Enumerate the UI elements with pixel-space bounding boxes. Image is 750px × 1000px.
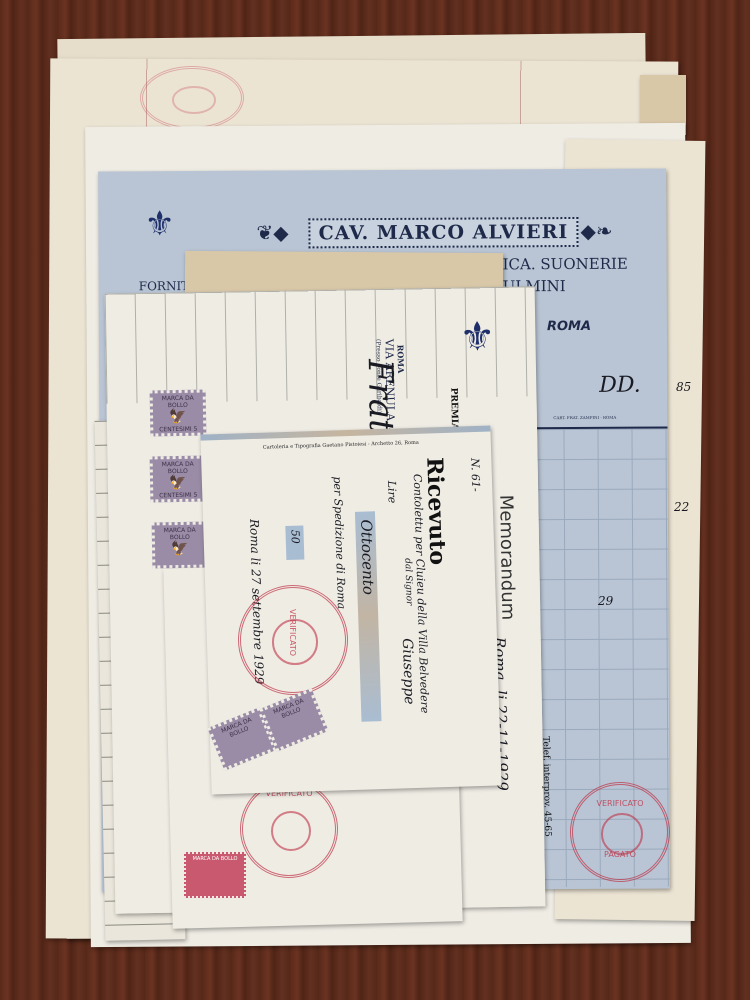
- letterhead-name-banner: CAV. MARCO ALVIERI: [308, 217, 578, 248]
- verificato-seal-right: VERIFICATO PAGATO: [570, 782, 670, 882]
- revenue-stamp-2: MARCA DA BOLLO 🦅 CENTESIMI 5: [150, 456, 207, 503]
- seal-text: VERIFICATO: [289, 609, 298, 656]
- double-crest-icon: ⚜: [459, 317, 496, 358]
- receipt-printer: Cartoleria e Tipografia Gaetano Pistoies…: [263, 440, 419, 451]
- margin-number-3: 29: [598, 594, 613, 608]
- revenue-stamp-1: MARCA DA BOLLO 🦅 CENTESIMI 5: [150, 390, 207, 437]
- revenue-stamp-3: MARCA DA BOLLO 🦅: [152, 522, 209, 569]
- red-stamp-label: MARCA DA BOLLO: [193, 856, 238, 862]
- printer-credit: CART. FRAT. ZAMPINI · ROMA: [553, 415, 616, 420]
- ornament-left-icon: ❦◆: [256, 220, 288, 244]
- faded-back-seal: [140, 66, 244, 130]
- company-name: CAV. MARCO ALVIERI: [319, 221, 569, 244]
- verificato-seal-lower: VERIFICATO: [240, 780, 338, 878]
- eagle-icon: 🦅: [155, 541, 205, 559]
- stamp-label-bottom: CENTESIMI 5: [153, 492, 203, 500]
- receipt-from-label: dal Signor: [402, 558, 413, 605]
- savoy-crest-icon: ⚜: [144, 207, 175, 241]
- stamp-label-bottom: CENTESIMI 5: [153, 426, 203, 434]
- receipt-amount-hand: Ottocento: [357, 519, 377, 595]
- eagle-icon: 🦅: [153, 409, 203, 427]
- verificato-seal-receipt: VERIFICATO: [238, 585, 348, 695]
- receipt-amount-label: Lire: [385, 480, 399, 503]
- stamp-label-top: MARCA DA BOLLO: [153, 395, 203, 410]
- seal-text: VERIFICATO: [596, 799, 643, 808]
- receipt-value: 50: [288, 530, 301, 544]
- seal-subtext: PAGATO: [573, 850, 667, 859]
- eagle-icon: 🦅: [153, 475, 203, 493]
- memorandum-label: Memorandum: [495, 495, 518, 621]
- red-revenue-stamp: MARCA DA BOLLO: [184, 852, 246, 898]
- ornament-right-icon: ◆❧: [580, 219, 612, 243]
- letterhead-city: ROMA: [547, 319, 591, 334]
- letterhead-line1-prefix: FORNIT: [139, 279, 190, 293]
- stamp-label-top: MARCA DA BOLLO: [155, 527, 205, 542]
- fratelli-phone: Telef. interprov. 45-65: [540, 736, 552, 837]
- receipt-number: N. 61-: [468, 458, 482, 492]
- receipt-purpose: per Spedizione di Roma: [331, 476, 348, 609]
- margin-number-2: 22: [674, 500, 689, 514]
- receipt-from-name: Giuseppe: [399, 638, 417, 705]
- stamp-label-top: MARCA DA BOLLO: [153, 461, 203, 476]
- margin-number-1: 85: [676, 380, 691, 394]
- letterhead-line1-suffix: ICA. SUONERIE: [503, 255, 628, 274]
- handwritten-salutation: DD.: [599, 373, 641, 398]
